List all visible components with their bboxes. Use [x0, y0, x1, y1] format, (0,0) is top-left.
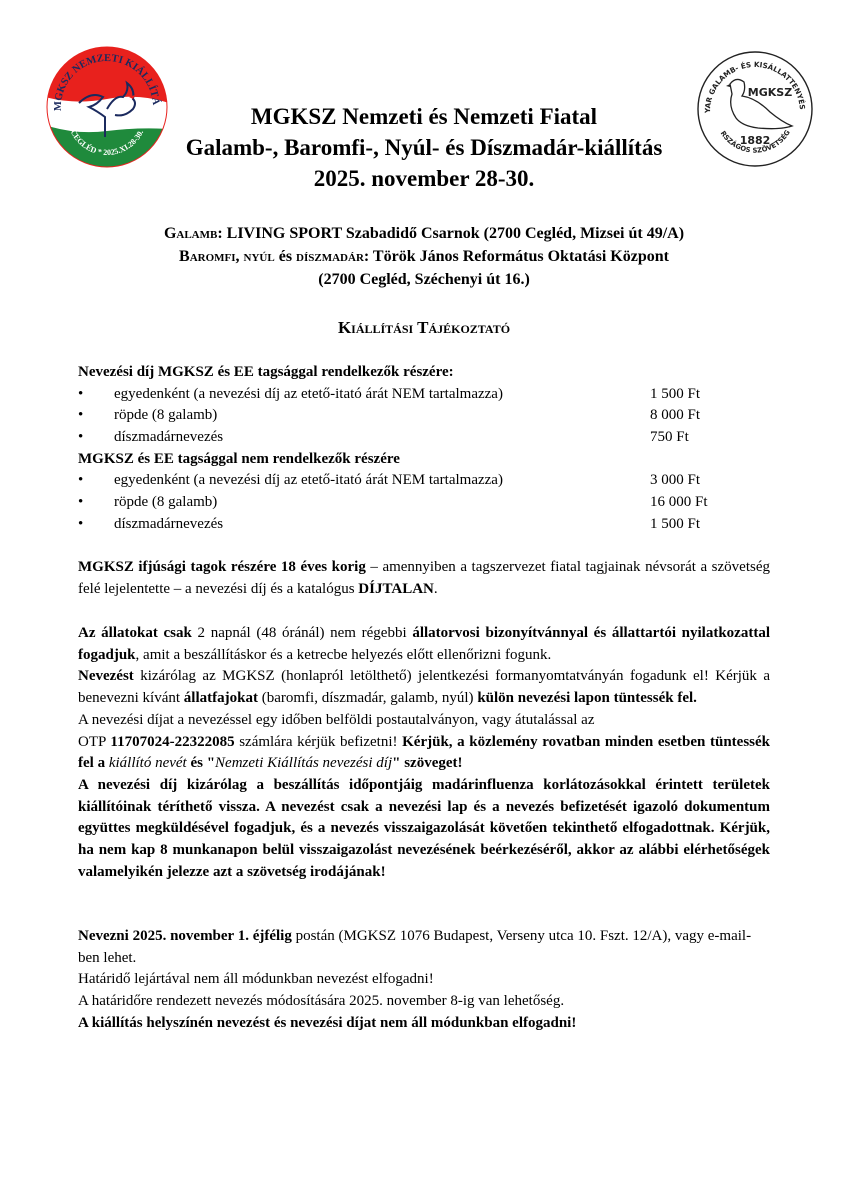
fee-price: 16 000 Ft [650, 492, 708, 514]
fee-row: •egyedenként (a nevezési díj az etető-it… [78, 470, 768, 492]
fee-label: egyedenként (a nevezési díj az etető-ita… [114, 470, 503, 492]
document-title: MGKSZ Nemzeti és Nemzeti Fiatal Galamb-,… [150, 101, 698, 194]
venue-block: Galamb: LIVING SPORT Szabadidő Csarnok (… [80, 222, 768, 291]
youth-paragraph: MGKSZ ifjúsági tagok részére 18 éves kor… [78, 557, 770, 600]
fee-row: •röpde (8 galamb)8 000 Ft [78, 405, 768, 427]
venue-pigeon: Galamb: LIVING SPORT Szabadidő Csarnok (… [80, 222, 768, 245]
pigeon-seal-icon: MAGYAR GALAMB- ÉS KISÁLLATTENYÉSZTŐK ORS… [696, 50, 814, 168]
bullet-icon: • [78, 384, 83, 406]
fee-row: •egyedenként (a nevezési díj az etető-it… [78, 384, 768, 406]
title-line-1: MGKSZ Nemzeti és Nemzeti Fiatal [150, 101, 698, 132]
bullet-icon: • [78, 492, 83, 514]
svg-text:1882: 1882 [740, 134, 771, 147]
fee-price: 3 000 Ft [650, 470, 700, 492]
fee-label: egyedenként (a nevezési díj az etető-ita… [114, 384, 503, 406]
fee-price: 1 500 Ft [650, 514, 700, 536]
fee-row: •díszmadárnevezés750 Ft [78, 427, 768, 449]
members-fee-heading: Nevezési díj MGKSZ és EE tagsággal rende… [78, 362, 768, 384]
fee-label: röpde (8 galamb) [114, 405, 217, 427]
title-line-2: Galamb-, Baromfi-, Nyúl- és Díszmadár-ki… [150, 132, 698, 163]
fee-row: •röpde (8 galamb)16 000 Ft [78, 492, 768, 514]
mgksz-association-logo: MAGYAR GALAMB- ÉS KISÁLLATTENYÉSZTŐK ORS… [696, 50, 814, 168]
bullet-icon: • [78, 514, 83, 536]
fee-price: 1 500 Ft [650, 384, 700, 406]
bank-account-number: 11707024-22322085 [110, 734, 234, 750]
bullet-icon: • [78, 427, 83, 449]
fee-list: Nevezési díj MGKSZ és EE tagsággal rende… [78, 362, 768, 536]
bullet-icon: • [78, 405, 83, 427]
section-heading: Kiállítási Tájékoztató [80, 318, 768, 338]
deadline-paragraph: Nevezni 2025. november 1. éjfélig postán… [78, 926, 770, 1035]
bank-account-rule: OTP 11707024-22322085 számlára kérjük be… [78, 732, 770, 775]
on-site-entry-note: A kiállítás helyszínén nevezést és nevez… [78, 1013, 770, 1035]
fee-row: •díszmadárnevezés1 500 Ft [78, 514, 768, 536]
svg-text:MGKSZ: MGKSZ [748, 86, 792, 99]
payment-method-text: A nevezési díjat a nevezéssel egy időben… [78, 710, 770, 732]
venue-other: Baromfi, nyúl és díszmadár: Török János … [80, 245, 768, 268]
deadline-expired-note: Határidő lejártával nem áll módunkban ne… [78, 969, 770, 991]
fee-label: díszmadárnevezés [114, 514, 223, 536]
fee-price: 8 000 Ft [650, 405, 700, 427]
rules-paragraph: Az állatokat csak 2 napnál (48 óránál) n… [78, 623, 770, 883]
venue-other-address: (2700 Cegléd, Széchenyi út 16.) [80, 268, 768, 291]
title-line-3: 2025. november 28-30. [150, 163, 698, 194]
entry-form-rule: Nevezést kizárólag az MGKSZ (honlapról l… [78, 666, 770, 709]
modification-note: A határidőre rendezett nevezés módosítás… [78, 991, 770, 1013]
refund-rule: A nevezési díj kizárólag a beszállítás i… [78, 775, 770, 884]
fee-label: röpde (8 galamb) [114, 492, 217, 514]
fee-label: díszmadárnevezés [114, 427, 223, 449]
health-certificate-rule: Az állatokat csak 2 napnál (48 óránál) n… [78, 623, 770, 666]
bullet-icon: • [78, 470, 83, 492]
deadline-text: Nevezni 2025. november 1. éjfélig postán… [78, 926, 770, 969]
nonmembers-fee-heading: MGKSZ és EE tagsággal nem rendelkezők ré… [78, 449, 768, 471]
fee-price: 750 Ft [650, 427, 689, 449]
